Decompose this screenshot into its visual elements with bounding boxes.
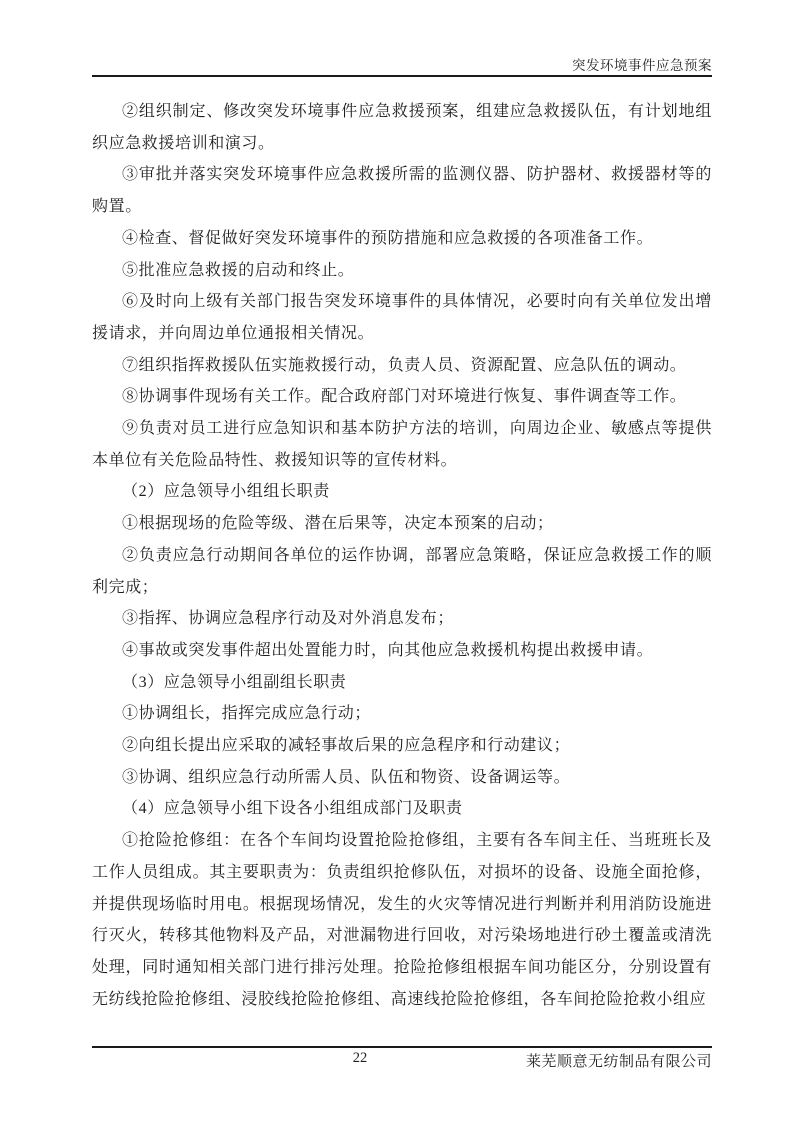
document-page: 突发环境事件应急预案 ②组织制定、修改突发环境事件应急救援预案，组建应急救援队伍… (0, 0, 800, 1131)
paragraph: ③协调、组织应急行动所需人员、队伍和物资、设备调运等。 (92, 762, 712, 794)
paragraph: ④事故或突发事件超出处置能力时，向其他应急救援机构提出救援申请。 (92, 635, 712, 667)
paragraph: ③审批并落实突发环境事件应急救援所需的监测仪器、防护器材、救援器材等的购置。 (92, 159, 712, 222)
paragraph: ⑨负责对员工进行应急知识和基本防护方法的培训，向周边企业、敏感点等提供本单位有关… (92, 413, 712, 476)
paragraph: ⑧协调事件现场有关工作。配合政府部门对环境进行恢复、事件调查等工作。 (92, 381, 712, 413)
paragraph: ①根据现场的危险等级、潜在后果等，决定本预案的启动； (92, 508, 712, 540)
header-title: 突发环境事件应急预案 (92, 54, 712, 74)
header-divider (92, 75, 712, 77)
paragraph: ⑦组织指挥救援队伍实施救援行动，负责人员、资源配置、应急队伍的调动。 (92, 350, 712, 382)
section-heading: （4）应急领导小组下设各小组组成部门及职责 (92, 793, 712, 825)
paragraph: ②负责应急行动期间各单位的运作协调，部署应急策略，保证应急救援工作的顺利完成； (92, 540, 712, 603)
paragraph: ②向组长提出应采取的减轻事故后果的应急程序和行动建议； (92, 730, 712, 762)
paragraph: ③指挥、协调应急程序行动及对外消息发布； (92, 603, 712, 635)
paragraph: ①抢险抢修组：在各个车间均设置抢险抢修组，主要有各车间主任、当班班长及工作人员组… (92, 825, 712, 1015)
company-name: 莱芜顺意无纺制品有限公司 (92, 1050, 712, 1071)
section-heading: （3）应急领导小组副组长职责 (92, 667, 712, 699)
paragraph: ④检查、督促做好突发环境事件的预防措施和应急救援的各项准备工作。 (92, 223, 712, 255)
paragraph: ⑥及时向上级有关部门报告突发环境事件的具体情况，必要时向有关单位发出增援请求，并… (92, 286, 712, 349)
section-heading: （2）应急领导小组组长职责 (92, 476, 712, 508)
document-body: ②组织制定、修改突发环境事件应急救援预案，组建应急救援队伍，有计划地组织应急救援… (92, 96, 712, 1015)
paragraph: ②组织制定、修改突发环境事件应急救援预案，组建应急救援队伍，有计划地组织应急救援… (92, 96, 712, 159)
footer-divider (92, 1046, 712, 1048)
paragraph: ①协调组长，指挥完成应急行动； (92, 698, 712, 730)
paragraph: ⑤批准应急救援的启动和终止。 (92, 255, 712, 287)
